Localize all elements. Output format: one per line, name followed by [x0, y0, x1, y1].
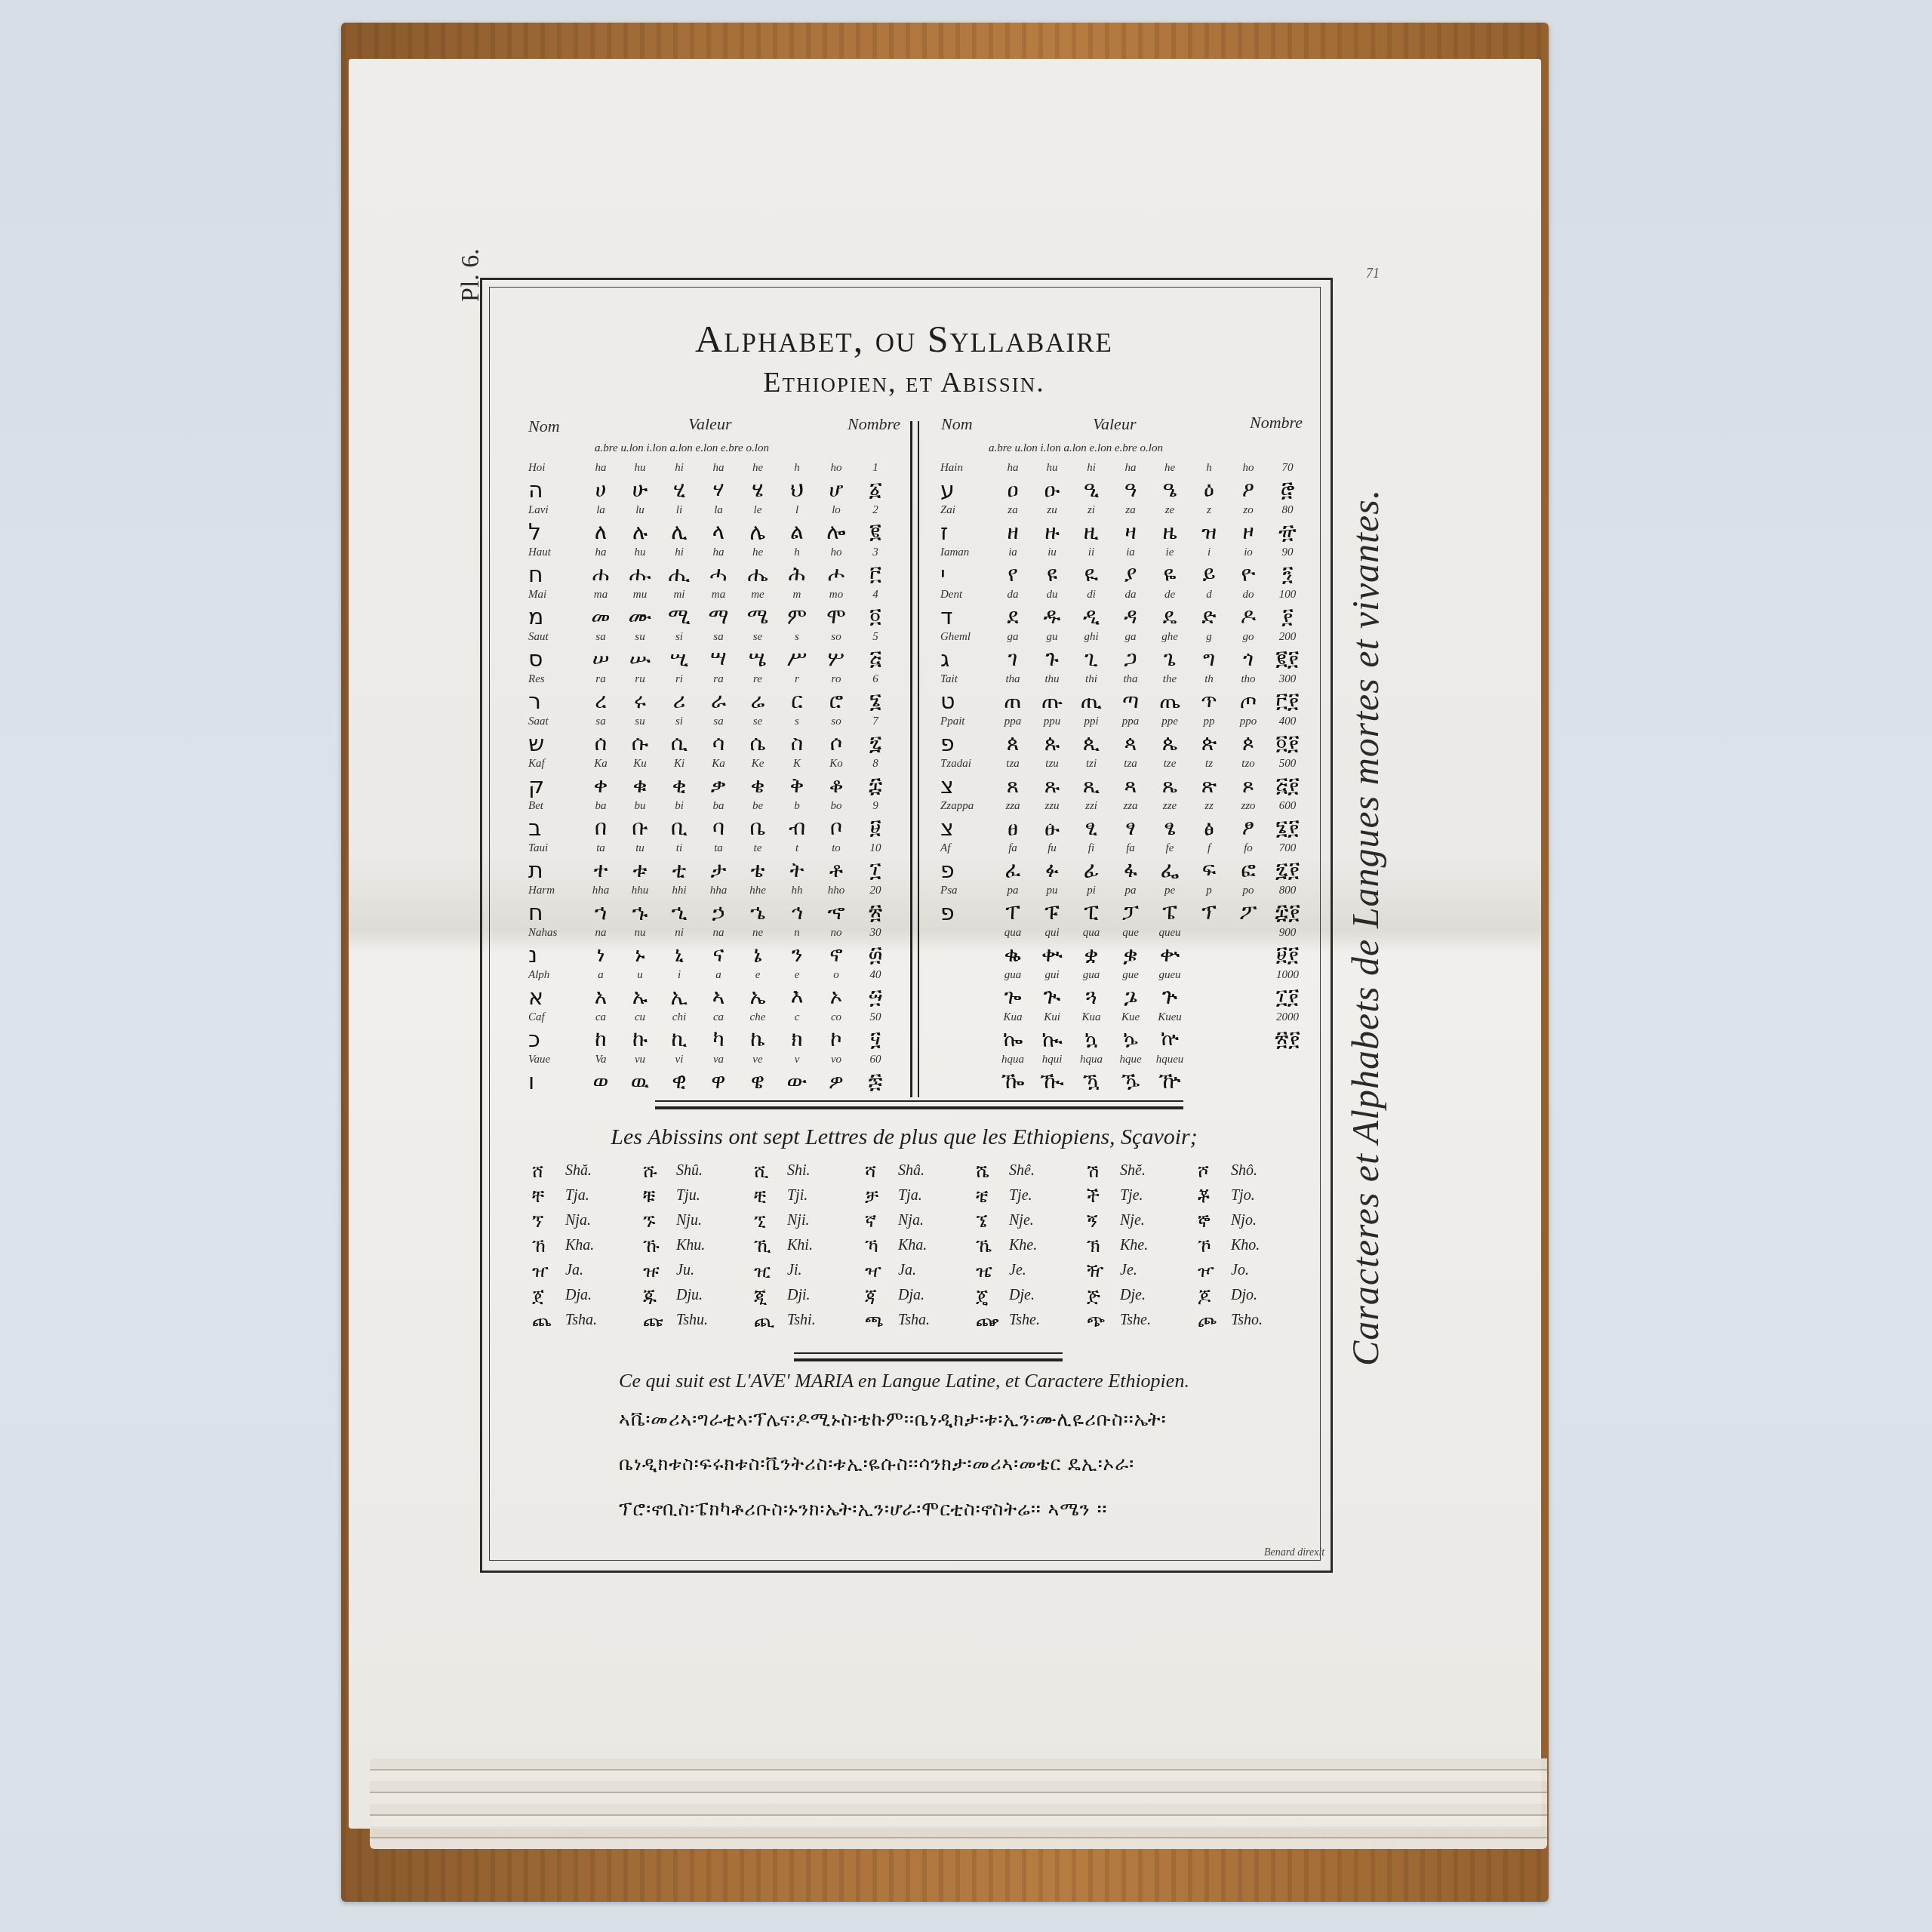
syllable-value: hhe — [738, 884, 777, 901]
syllable-value: hh — [777, 884, 817, 901]
abissin-glyph: ቼ — [976, 1186, 1009, 1207]
abissin-label: Djo. — [1231, 1287, 1309, 1304]
number-value: 1000 — [1268, 969, 1307, 986]
number-value: 10 — [856, 842, 895, 859]
letter-name: Res — [528, 673, 581, 690]
syllable-value: bo — [817, 800, 856, 817]
ethiopic-glyph: ዐ — [993, 477, 1032, 503]
abissin-label: Nja. — [898, 1212, 976, 1229]
ethiopic-glyph: ከ — [581, 1026, 620, 1052]
ethiopic-glyph: ኖ — [817, 942, 856, 968]
hebrew-letter: ב — [528, 815, 581, 841]
ethiopic-glyph: ዔ — [1150, 477, 1189, 503]
syllable-value: tza — [993, 758, 1032, 774]
ethiopic-glyph: ሬ — [738, 688, 777, 714]
syllable-value: ha — [993, 462, 1032, 478]
ethiopic-numeral: ፫ — [856, 561, 895, 587]
letter-name: Harm — [528, 884, 581, 901]
ethiopic-glyph: ታ — [699, 857, 738, 883]
number-value: 2000 — [1268, 1011, 1307, 1028]
syllable-glyph-row: סሠሡሢሣሤሥሦ፭ — [528, 646, 895, 672]
syllable-glyph-row: יየዩዪያዬይዮ፺ — [940, 561, 1307, 587]
syllable-value: sa — [699, 715, 738, 732]
syllable-value: z — [1189, 504, 1229, 521]
ethiopic-glyph: ር — [777, 688, 817, 714]
syllable-value: ho — [817, 546, 856, 563]
ethiopic-glyph: ጺ — [1072, 773, 1111, 798]
letter-name: Zai — [940, 504, 993, 521]
syllable-value: na — [581, 927, 620, 943]
syllable-value: vu — [620, 1054, 660, 1070]
syllable-value: fe — [1150, 842, 1189, 859]
number-value: 300 — [1268, 673, 1307, 690]
syllable-value: mu — [620, 589, 660, 605]
syllable-value: e — [777, 969, 817, 986]
syllable-value: gue — [1111, 969, 1150, 986]
number-value: 70 — [1268, 462, 1307, 478]
syllable-value: c — [777, 1011, 817, 1028]
hebrew-letter: ט — [940, 688, 993, 714]
syllable-value: h — [777, 546, 817, 563]
syllable-value: ha — [1111, 462, 1150, 478]
ethiopic-glyph: ዬ — [1150, 561, 1189, 587]
syllable-value: hho — [817, 884, 856, 901]
syllable-value: po — [1229, 884, 1268, 901]
syllable-value: Ku — [620, 758, 660, 774]
ethiopic-glyph: ማ — [699, 604, 738, 629]
syllable-value: Va — [581, 1054, 620, 1070]
hebrew-letter: א — [528, 984, 581, 1010]
ethiopic-glyph: ጴ — [1150, 731, 1189, 756]
abissin-glyph: ዥ — [1087, 1260, 1120, 1281]
ethiopic-numeral: ፫፻ — [1268, 688, 1307, 714]
syllable-value: Ki — [660, 758, 699, 774]
syllable-value: ppa — [1111, 715, 1150, 732]
abissin-glyph: ኙ — [643, 1211, 676, 1232]
ethiopic-glyph: ዲ — [1072, 604, 1111, 629]
ethiopic-glyph: ሙ — [620, 604, 660, 629]
abissin-label: Ju. — [676, 1262, 754, 1279]
syllable-value: qua — [1072, 927, 1111, 943]
abissin-row: ኸKha.ኹKhu.ኺKhi.ኻKha.ኼKhe.ኽKhe.ኾKho. — [532, 1233, 1309, 1258]
syllable-value: gua — [993, 969, 1032, 986]
abissin-label: Dji. — [787, 1287, 865, 1304]
ethiopic-glyph: ጒ — [1032, 984, 1072, 1010]
ethiopic-glyph: ሃ — [699, 477, 738, 503]
ethiopic-glyph: ግ — [1189, 646, 1229, 672]
hebrew-letter: ח — [528, 561, 581, 587]
abissin-glyph: ዣ — [865, 1260, 898, 1281]
ethiopic-glyph: ኬ — [738, 1026, 777, 1052]
syllable-label-row: Maimamumimamemmo4 — [528, 589, 895, 605]
syllable-value: tzi — [1072, 758, 1111, 774]
ethiopic-numeral: ፩ — [856, 477, 895, 503]
abissin-glyph: ኾ — [1198, 1235, 1231, 1257]
syllable-value: hqueu — [1150, 1054, 1189, 1070]
hebrew-letter: ד — [940, 604, 993, 629]
syllable-value: la — [581, 504, 620, 521]
abissin-label: Njo. — [1231, 1212, 1309, 1229]
abissin-label: Dje. — [1009, 1287, 1087, 1304]
ethiopic-glyph: ሣ — [699, 646, 738, 672]
syllable-value: ppa — [993, 715, 1032, 732]
abissin-glyph: ች — [1087, 1186, 1120, 1207]
abissin-label: Ja. — [565, 1262, 643, 1279]
syllable-value: tz — [1189, 758, 1229, 774]
ethiopic-glyph: ሌ — [738, 519, 777, 545]
hebrew-letter: י — [940, 561, 993, 587]
syllable-value: a — [581, 969, 620, 986]
syllable-value: gu — [1032, 631, 1072, 648]
ethiopic-glyph: ጕ — [1150, 984, 1189, 1010]
syllable-value: Kua — [993, 1011, 1032, 1028]
ethiopic-numeral: ፸ — [1268, 477, 1307, 503]
ethiopic-glyph: ፊ — [1072, 857, 1111, 883]
syllable-value: sa — [581, 715, 620, 732]
ethiopic-glyph: ረ — [581, 688, 620, 714]
abissin-label: Nje. — [1009, 1212, 1087, 1229]
ethiopic-glyph: ዚ — [1072, 519, 1111, 545]
ethiopic-numeral: ፹ — [1268, 519, 1307, 545]
hebrew-letter: מ — [528, 604, 581, 629]
number-value: 7 — [856, 715, 895, 732]
syllable-value: ca — [699, 1011, 738, 1028]
syllable-value: f — [1189, 842, 1229, 859]
ethiopic-glyph: ዋ — [699, 1069, 738, 1094]
ethiopic-glyph: ሩ — [620, 688, 660, 714]
ethiopic-glyph: ሒ — [660, 561, 699, 587]
ethiopic-numeral: ፷ — [856, 1069, 895, 1094]
ave-maria-line: ቤነዲክቱስ፡ፍሩክቱስ፡ቬንትሪስ፡ቱኢ፡ዬሱስ፡፡ሳንክታ፡መሪኣ፡መቴር … — [619, 1453, 1134, 1475]
abissin-label: Ja. — [898, 1262, 976, 1279]
syllable-glyph-row: ቈቊቋቌቍ፱፻ — [940, 942, 1307, 968]
ethiopic-glyph: ጾ — [1229, 773, 1268, 798]
number-value: 1 — [856, 462, 895, 478]
syllable-value: fu — [1032, 842, 1072, 859]
ethiopic-glyph: ያ — [1111, 561, 1150, 587]
syllable-value: ma — [699, 589, 738, 605]
ethiopic-glyph: ጥ — [1189, 688, 1229, 714]
ethiopic-glyph: ት — [777, 857, 817, 883]
syllable-value: ii — [1072, 546, 1111, 563]
abissin-glyph: ጬ — [976, 1310, 1009, 1331]
syllable-glyph-row: תተቱቲታቴትቶ፲ — [528, 857, 895, 883]
ethiopic-glyph: ዎ — [817, 1069, 856, 1094]
syllable-value — [1189, 927, 1229, 943]
hebrew-letter: ג — [940, 646, 993, 672]
ethiopic-glyph: ሴ — [738, 731, 777, 756]
syllable-value: ra — [699, 673, 738, 690]
syllable-label-row: Affafufifafeffo700 — [940, 842, 1307, 859]
syllable-value: tzu — [1032, 758, 1072, 774]
ethiopic-glyph: ፆ — [1229, 815, 1268, 841]
ethiopic-glyph: ቡ — [620, 815, 660, 841]
header-nom-left: Nom — [528, 417, 560, 436]
abissin-row: ጀDja.ጁDju.ጂDji.ጃDja.ጄDje.ጅDje.ጆDjo. — [532, 1283, 1309, 1308]
abissin-row: ኘNja.ኙNju.ኚNji.ኛNja.ኜNje.ኝNje.ኞNjo. — [532, 1208, 1309, 1233]
ethiopic-glyph — [1229, 984, 1268, 1010]
syllable-value: hi — [660, 462, 699, 478]
syllable-value: ru — [620, 673, 660, 690]
ethiopic-glyph: ቆ — [817, 773, 856, 798]
syllable-value — [1189, 969, 1229, 986]
ethiopic-glyph: ቊ — [1032, 942, 1072, 968]
syllable-value: u — [620, 969, 660, 986]
ethiopic-glyph: ዄ — [1111, 1069, 1150, 1094]
ethiopic-glyph: ሰ — [581, 731, 620, 756]
syllable-value: zzi — [1072, 800, 1111, 817]
syllable-value: hqua — [1072, 1054, 1111, 1070]
ethiopic-glyph: ዉ — [620, 1069, 660, 1094]
ethiopic-glyph: ኆ — [817, 900, 856, 925]
side-title: Caracteres et Alphabets de Langues morte… — [1343, 489, 1387, 1366]
syllable-value: ie — [1150, 546, 1189, 563]
abissin-glyph: ሻ — [865, 1161, 898, 1182]
number-value: 20 — [856, 884, 895, 901]
syllable-value: queu — [1150, 927, 1189, 943]
syllable-value: ho — [817, 462, 856, 478]
syllable-value: iu — [1032, 546, 1072, 563]
ethiopic-glyph: ዴ — [1150, 604, 1189, 629]
header-valeur-left: Valeur — [688, 414, 731, 434]
ethiopic-glyph: ፓ — [1111, 900, 1150, 925]
syllable-value: h — [1189, 462, 1229, 478]
ethiopic-glyph: ሑ — [620, 561, 660, 587]
abissin-glyph: ጆ — [1198, 1285, 1231, 1306]
syllable-value: ia — [993, 546, 1032, 563]
ethiopic-glyph: ሔ — [738, 561, 777, 587]
ethiopic-glyph: ፐ — [993, 900, 1032, 925]
syllable-label-row: VaueVavuvivavevvo60 — [528, 1054, 895, 1070]
ethiopic-glyph: ጻ — [1111, 773, 1150, 798]
abissin-glyph: ኛ — [865, 1211, 898, 1232]
number-value — [1268, 1054, 1307, 1070]
syllable-value: che — [738, 1011, 777, 1028]
syllable-value — [1189, 1011, 1229, 1028]
syllable-value: ha — [581, 546, 620, 563]
syllable-value: re — [738, 673, 777, 690]
abissin-glyph: ጨ — [532, 1310, 565, 1331]
ethiopic-glyph: ፄ — [1150, 815, 1189, 841]
syllable-value: sa — [699, 631, 738, 648]
ethiopic-glyph: ሞ — [817, 604, 856, 629]
number-value: 800 — [1268, 884, 1307, 901]
abissin-glyph: ጁ — [643, 1285, 676, 1306]
ethiopic-glyph: ዒ — [1072, 477, 1111, 503]
ethiopic-glyph: ፎ — [1229, 857, 1268, 883]
ethiopic-glyph: ቶ — [817, 857, 856, 883]
hebrew-letter: צ — [940, 815, 993, 841]
abissin-glyph: ጂ — [754, 1285, 787, 1306]
syllable-value: da — [1111, 589, 1150, 605]
ethiopic-glyph: ጱ — [1032, 731, 1072, 756]
number-value: 50 — [856, 1011, 895, 1028]
abissin-glyph: ኼ — [976, 1235, 1009, 1257]
ethiopic-glyph: ፅ — [1189, 815, 1229, 841]
syllable-value: za — [993, 504, 1032, 521]
ethiopic-glyph: ዮ — [1229, 561, 1268, 587]
syllable-value: pa — [993, 884, 1032, 901]
syllable-label-row: Ghemlgagughigagheggo200 — [940, 631, 1307, 648]
ethiopic-numeral: ፶ — [856, 1026, 895, 1052]
syllable-label-row: Ppaitppappuppippappeppppo400 — [940, 715, 1307, 732]
hebrew-letter: ע — [940, 477, 993, 503]
abissin-glyph: ኘ — [532, 1211, 565, 1232]
hebrew-letter — [940, 1069, 993, 1094]
syllable-value: ppo — [1229, 715, 1268, 732]
hebrew-letter — [940, 942, 993, 968]
syllable-value: Ka — [581, 758, 620, 774]
syllable-value: p — [1189, 884, 1229, 901]
ethiopic-glyph: ዊ — [660, 1069, 699, 1094]
ethiopic-glyph: ዝ — [1189, 519, 1229, 545]
syllable-value: hha — [699, 884, 738, 901]
ethiopic-glyph: ጋ — [1111, 646, 1150, 672]
abissin-label: Khi. — [787, 1237, 865, 1254]
ethiopic-numeral: ፲ — [856, 857, 895, 883]
ethiopic-glyph: ቱ — [620, 857, 660, 883]
abissin-label: Tshi. — [787, 1312, 865, 1329]
ethiopic-glyph: ቀ — [581, 773, 620, 798]
abissin-label: Tju. — [676, 1187, 754, 1204]
syllable-label-row: guaguiguaguegueu1000 — [940, 969, 1307, 986]
ethiopic-glyph: ጹ — [1032, 773, 1072, 798]
syllable-value: Kueu — [1150, 1011, 1189, 1028]
hebrew-letter — [940, 984, 993, 1010]
letter-name: Saat — [528, 715, 581, 732]
ethiopic-glyph: በ — [581, 815, 620, 841]
syllable-value: su — [620, 715, 660, 732]
ethiopic-glyph: ለ — [581, 519, 620, 545]
ethiopic-glyph: ሀ — [581, 477, 620, 503]
ethiopic-glyph: ኦ — [817, 984, 856, 1010]
syllable-label-row: Lavilalulilalello2 — [528, 504, 895, 521]
abissin-label: Dja. — [898, 1287, 976, 1304]
syllable-glyph-row: זዘዙዚዛዜዝዞ፹ — [940, 519, 1307, 545]
syllable-value: io — [1229, 546, 1268, 563]
ethiopic-glyph: ን — [777, 942, 817, 968]
syllable-value: zz — [1189, 800, 1229, 817]
abissin-label: Nju. — [676, 1212, 754, 1229]
abissin-glyph: ዢ — [754, 1260, 787, 1281]
syllable-value: hi — [1072, 462, 1111, 478]
ethiopic-glyph: ራ — [699, 688, 738, 714]
ethiopic-glyph: ቈ — [993, 942, 1032, 968]
syllable-value: su — [620, 631, 660, 648]
ethiopic-numeral: ፰ — [856, 773, 895, 798]
page-edges — [370, 1758, 1547, 1849]
ethiopic-glyph — [1229, 1069, 1268, 1094]
ethiopic-numeral: ፬ — [856, 604, 895, 629]
ethiopic-numeral: ፲፻ — [1268, 984, 1307, 1010]
ethiopic-glyph: ጠ — [993, 688, 1032, 714]
ethiopic-glyph: ቂ — [660, 773, 699, 798]
abissin-label: Tje. — [1009, 1187, 1087, 1204]
syllable-value: b — [777, 800, 817, 817]
syllable-value: ba — [581, 800, 620, 817]
abissin-label: Je. — [1009, 1262, 1087, 1279]
syllable-label-row: Dentdadudidadeddo100 — [940, 589, 1307, 605]
syllable-value: d — [1189, 589, 1229, 605]
syllable-value: go — [1229, 631, 1268, 648]
ethiopic-glyph: ጦ — [1229, 688, 1268, 714]
syllable-value: ghe — [1150, 631, 1189, 648]
syllable-value: se — [738, 631, 777, 648]
syllable-value: ri — [660, 673, 699, 690]
syllable-glyph-row: קቀቁቂቃቄቅቆ፰ — [528, 773, 895, 798]
ethiopic-glyph: ጊ — [1072, 646, 1111, 672]
syllable-value — [1229, 927, 1268, 943]
ethiopic-glyph: ሠ — [581, 646, 620, 672]
syllable-glyph-row: נነኑኒናኔንኖ፴ — [528, 942, 895, 968]
syllable-value: Ko — [817, 758, 856, 774]
abissin-label: Tji. — [787, 1187, 865, 1204]
letter-name: Kaf — [528, 758, 581, 774]
syllable-glyph-row: עዐዑዒዓዔዕዖ፸ — [940, 477, 1307, 503]
hebrew-letter: ז — [940, 519, 993, 545]
syllable-value: lo — [817, 504, 856, 521]
abissin-glyph: ቹ — [643, 1186, 676, 1207]
syllable-value: thi — [1072, 673, 1111, 690]
abissin-glyph: ኜ — [976, 1211, 1009, 1232]
syllable-value: zzu — [1032, 800, 1072, 817]
abissin-label: Shû. — [676, 1162, 754, 1180]
abissin-label: Je. — [1120, 1262, 1198, 1279]
syllable-label-row: Resrarurirarerro6 — [528, 673, 895, 690]
ethiopic-glyph — [1229, 942, 1268, 968]
syllable-value: gua — [1072, 969, 1111, 986]
syllable-value: vi — [660, 1054, 699, 1070]
abissin-glyph: ዤ — [976, 1260, 1009, 1281]
ethiopic-glyph — [1189, 942, 1229, 968]
column-divider — [910, 421, 919, 1097]
ethiopic-glyph: ጤ — [1150, 688, 1189, 714]
ethiopic-glyph: ዑ — [1032, 477, 1072, 503]
abissin-label: Tja. — [565, 1187, 643, 1204]
letter-name: Vaue — [528, 1054, 581, 1070]
ethiopic-glyph: ዀ — [993, 1069, 1032, 1094]
ethiopic-glyph: ፕ — [1189, 900, 1229, 925]
ethiopic-glyph: ዜ — [1150, 519, 1189, 545]
section-rule — [794, 1352, 1063, 1361]
ethiopic-glyph: ሚ — [660, 604, 699, 629]
number-value: 80 — [1268, 504, 1307, 521]
ethiopic-glyph: ሄ — [738, 477, 777, 503]
syllable-glyph-row: גገጉጊጋጌግጎ፪፻ — [940, 646, 1307, 672]
abissin-glyph: ጄ — [976, 1285, 1009, 1306]
syllable-value: fi — [1072, 842, 1111, 859]
ethiopic-glyph: ኅ — [777, 900, 817, 925]
abissin-label: Tje. — [1120, 1187, 1198, 1204]
syllable-label-row: Nahasnanuninanenno30 — [528, 927, 895, 943]
header-nombre-left: Nombre — [848, 414, 900, 434]
syllable-value: hi — [660, 546, 699, 563]
letter-name: Ppait — [940, 715, 993, 732]
abissin-row: ሸShă.ሹShû.ሺShi.ሻShâ.ሼShê.ሽShĕ.ሾShô. — [532, 1158, 1309, 1183]
syllable-value: si — [660, 715, 699, 732]
ethiopic-glyph: ሊ — [660, 519, 699, 545]
abissin-glyph: ሾ — [1198, 1161, 1231, 1182]
syllable-value: tza — [1111, 758, 1150, 774]
abissin-label: Dje. — [1120, 1287, 1198, 1304]
ethiopic-glyph: ኣ — [699, 984, 738, 1010]
ethiopic-glyph: ኵ — [1150, 1026, 1189, 1052]
syllable-value: l — [777, 504, 817, 521]
ethiopic-glyph: ኒ — [660, 942, 699, 968]
syllable-value: si — [660, 631, 699, 648]
ethiopic-numeral: ፱ — [856, 815, 895, 841]
syllable-value: hque — [1111, 1054, 1150, 1070]
